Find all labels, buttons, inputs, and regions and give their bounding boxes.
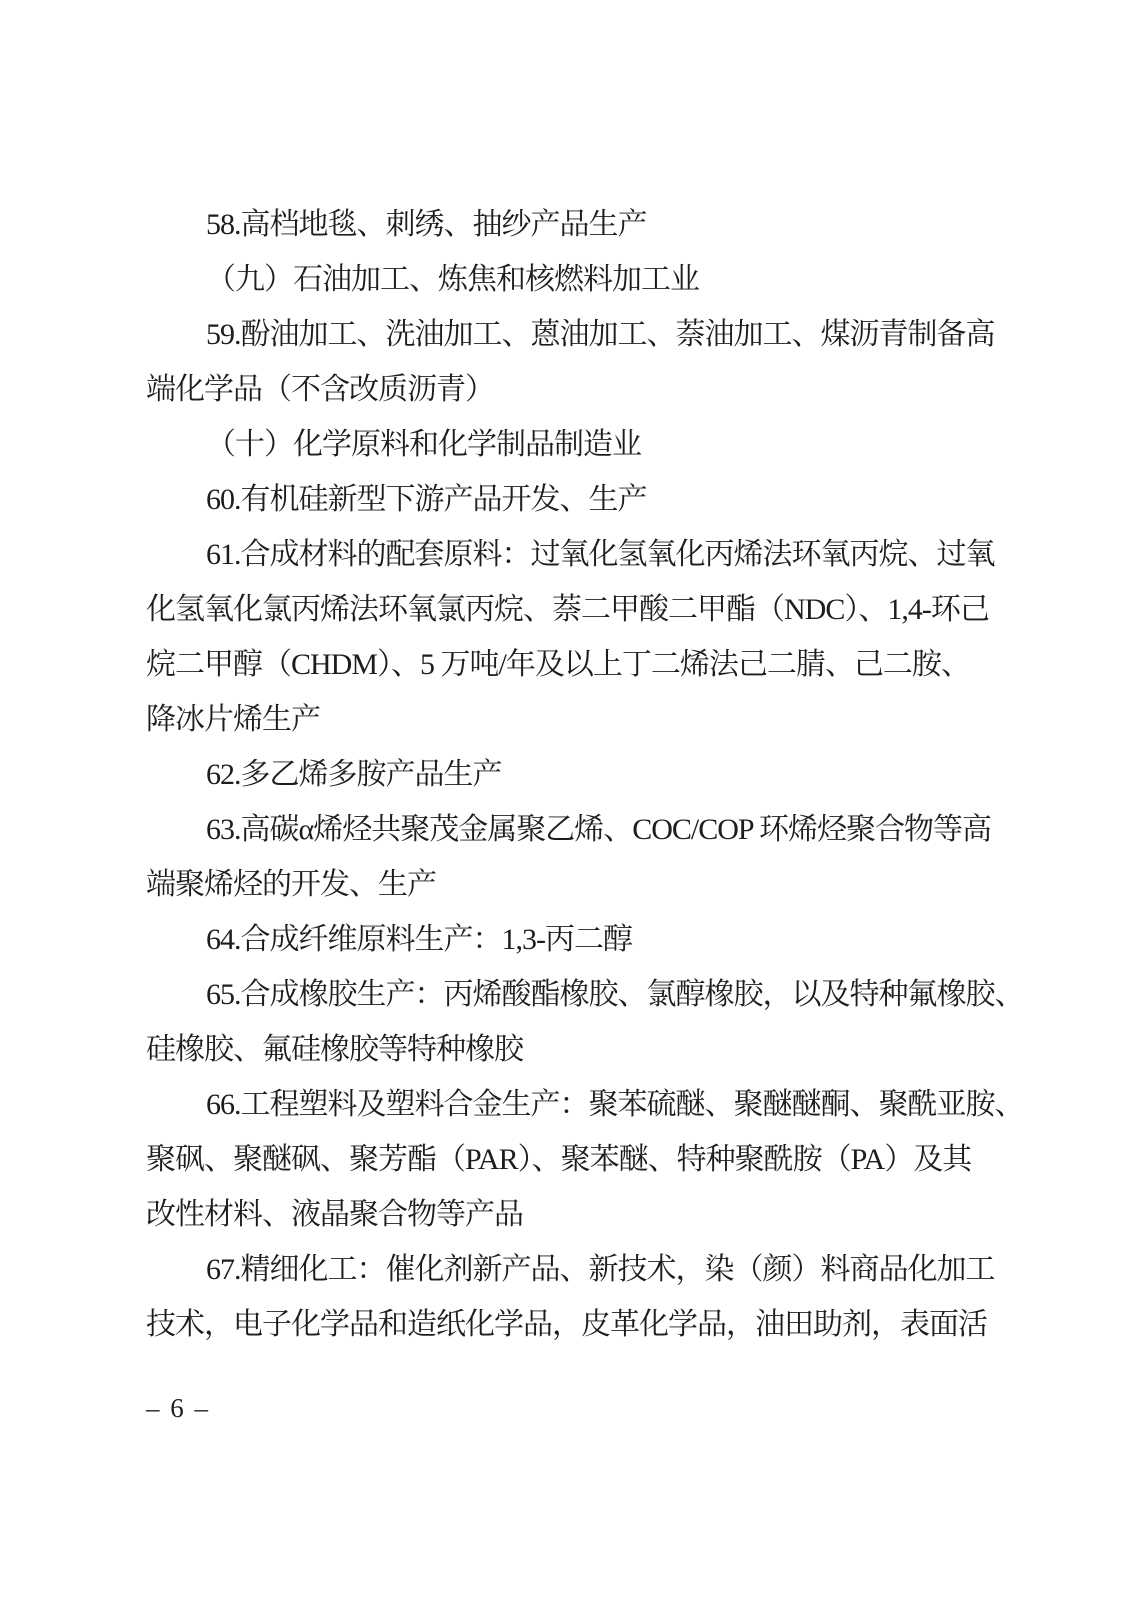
line-item-62: 62.多乙烯多胺产品生产 — [146, 747, 991, 802]
line-item-60: 60.有机硅新型下游产品开发、生产 — [146, 472, 991, 527]
line-item-59-continuation: 端化学品（不含改质沥青） — [146, 362, 991, 417]
line-item-64: 64.合成纤维原料生产：1,3-丙二醇 — [146, 912, 991, 967]
line-item-61-continuation-2: 烷二甲醇（CHDM）、5 万吨/年及以上丁二烯法己二腈、己二胺、 — [146, 637, 991, 692]
line-item-65-continuation: 硅橡胶、氟硅橡胶等特种橡胶 — [146, 1022, 991, 1077]
section-heading-10: （十）化学原料和化学制品制造业 — [146, 417, 991, 472]
document-page: 58.高档地毯、刺绣、抽纱产品生产 （九）石油加工、炼焦和核燃料加工业 59.酚… — [0, 0, 1131, 1600]
line-item-63-continuation: 端聚烯烃的开发、生产 — [146, 857, 991, 912]
line-item-61: 61.合成材料的配套原料：过氧化氢氧化丙烯法环氧丙烷、过氧 — [146, 527, 991, 582]
line-item-61-continuation-1: 化氢氧化氯丙烯法环氧氯丙烷、萘二甲酸二甲酯（NDC）、1,4-环己 — [146, 582, 991, 637]
line-item-66-continuation-2: 改性材料、液晶聚合物等产品 — [146, 1187, 991, 1242]
line-item-66-continuation-1: 聚砜、聚醚砜、聚芳酯（PAR）、聚苯醚、特种聚酰胺（PA）及其 — [146, 1132, 991, 1187]
line-item-67-continuation: 技术，电子化学品和造纸化学品，皮革化学品，油田助剂，表面活 — [146, 1297, 991, 1352]
line-item-59: 59.酚油加工、洗油加工、蒽油加工、萘油加工、煤沥青制备高 — [146, 307, 991, 362]
page-number: – 6 – — [146, 1388, 210, 1428]
section-heading-9: （九）石油加工、炼焦和核燃料加工业 — [146, 252, 991, 307]
document-text-block: 58.高档地毯、刺绣、抽纱产品生产 （九）石油加工、炼焦和核燃料加工业 59.酚… — [146, 197, 991, 1352]
line-item-65: 65.合成橡胶生产：丙烯酸酯橡胶、氯醇橡胶，以及特种氟橡胶、 — [146, 967, 991, 1022]
line-item-67: 67.精细化工：催化剂新产品、新技术，染（颜）料商品化加工 — [146, 1242, 991, 1297]
line-item-66: 66.工程塑料及塑料合金生产：聚苯硫醚、聚醚醚酮、聚酰亚胺、 — [146, 1077, 991, 1132]
line-item-63: 63.高碳α烯烃共聚茂金属聚乙烯、COC/COP 环烯烃聚合物等高 — [146, 802, 991, 857]
line-item-58: 58.高档地毯、刺绣、抽纱产品生产 — [146, 197, 991, 252]
line-item-61-continuation-3: 降冰片烯生产 — [146, 692, 991, 747]
